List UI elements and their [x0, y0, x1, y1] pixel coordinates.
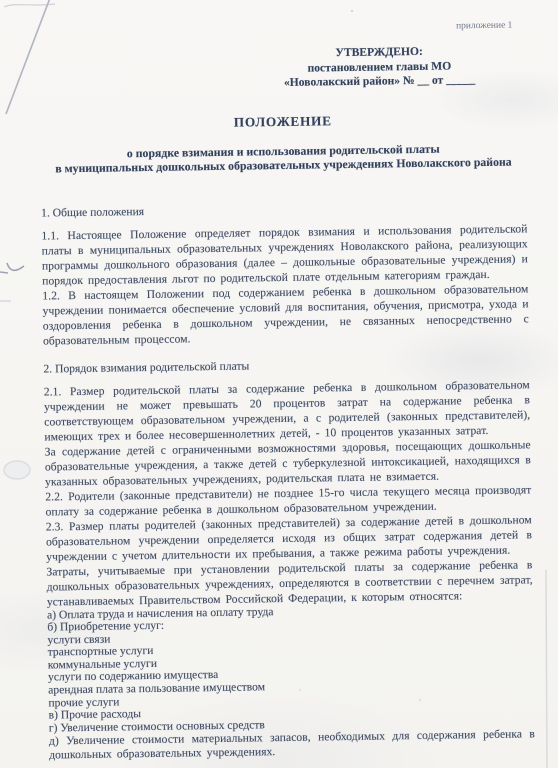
paragraph-2-3: 2.3. Размер платы родителей (законных пр… — [46, 512, 533, 564]
section-1-heading: 1. Общие положения — [41, 198, 527, 220]
paragraph-1-1: 1.1. Настоящее Положение определяет поря… — [41, 221, 528, 288]
paragraph-costs-intro: Затраты, учитываемые при установлении ро… — [46, 557, 533, 609]
approval-block: УТВЕРЖДЕНО: постановлением главы МО «Нов… — [283, 44, 475, 90]
cost-list: а) Оплата труда и начисления на оплату т… — [47, 602, 535, 735]
document-content: приложение 1 УТВЕРЖДЕНО: постановлением … — [0, 0, 558, 763]
approval-line-district: «Новолакский район» № __ от _____ — [284, 73, 475, 90]
appendix-note: приложение 1 — [38, 20, 524, 37]
scanned-document-page: приложение 1 УТВЕРЖДЕНО: постановлением … — [0, 0, 558, 768]
paragraph-2-1-continued: За содержание детей с ограниченными возм… — [45, 437, 532, 489]
paragraph-2-1: 2.1. Размер родительской платы за содерж… — [44, 377, 531, 444]
document-title: ПОЛОЖЕНИЕ — [40, 110, 526, 133]
section-2-heading: 2. Порядок взимания родительской платы — [43, 354, 529, 376]
paragraph-1-2: 1.2. В настоящем Положении под содержани… — [42, 281, 529, 348]
document-subtitle: о порядке взимания и использования родит… — [40, 140, 526, 176]
